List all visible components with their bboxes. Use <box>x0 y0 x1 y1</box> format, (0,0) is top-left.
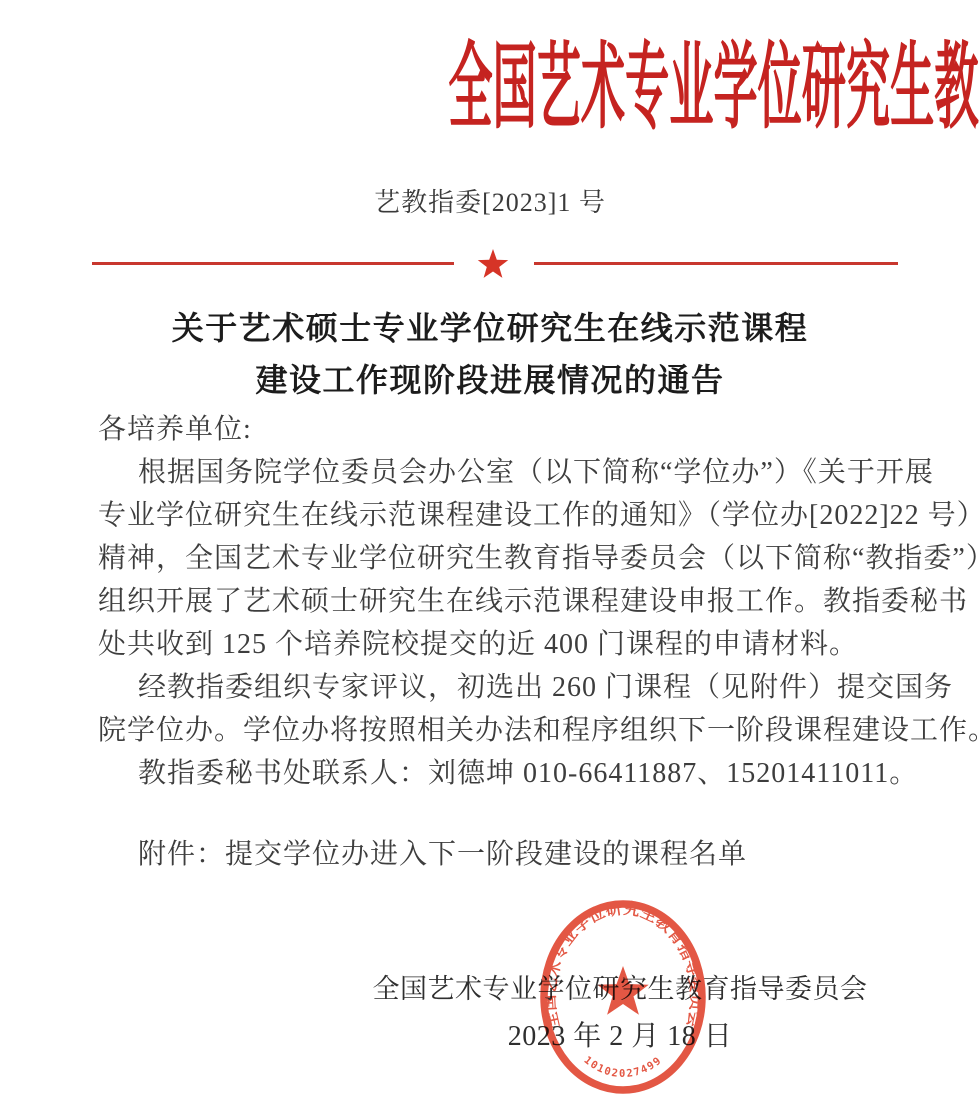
title-line-1: 关于艺术硕士专业学位研究生在线示范课程 <box>0 302 980 354</box>
divider-line-right <box>534 262 898 265</box>
star-icon <box>476 248 510 282</box>
body-line: 根据国务院学位委员会办公室（以下简称“学位办”）《关于开展 <box>98 451 910 494</box>
document-number: 艺教指委[2023]1 号 <box>0 182 980 219</box>
body-line: 精神，全国艺术专业学位研究生教育指导委员会（以下简称“教指委”） <box>98 537 910 580</box>
body-line: 经教指委组织专家评议，初选出 260 门课程（见附件）提交国务 <box>98 666 910 709</box>
document-title: 关于艺术硕士专业学位研究生在线示范课程 建设工作现阶段进展情况的通告 <box>0 302 980 406</box>
seal-ring-text: 全国艺术专业学位研究生教育指导委员会 <box>540 899 706 1030</box>
document-page: 全国艺术专业学位研究生教育指导委员会 艺教指委[2023]1 号 关于艺术硕士专… <box>0 0 980 1120</box>
document-body: 各培养单位: 根据国务院学位委员会办公室（以下简称“学位办”）《关于开展 专业学… <box>98 408 910 876</box>
org-header: 全国艺术专业学位研究生教育指导委员会 <box>0 40 980 144</box>
seal-star-icon <box>597 966 648 1015</box>
body-line: 处共收到 125 个培养院校提交的近 400 门课程的申请材料。 <box>98 623 910 666</box>
divider-line-left <box>92 262 454 265</box>
salutation: 各培养单位: <box>98 408 910 451</box>
attachment-line: 附件：提交学位办进入下一阶段建设的课程名单 <box>98 833 910 876</box>
title-line-2: 建设工作现阶段进展情况的通告 <box>0 354 980 406</box>
body-line: 教指委秘书处联系人：刘德坤 010-66411887、15201411011。 <box>98 752 910 795</box>
body-line: 院学位办。学位办将按照相关办法和程序组织下一阶段课程建设工作。 <box>98 709 910 752</box>
org-header-text: 全国艺术专业学位研究生教育指导委员会 <box>448 40 980 138</box>
body-line: 组织开展了艺术硕士研究生在线示范课程建设申报工作。教指委秘书 <box>98 580 910 623</box>
svg-text:全国艺术专业学位研究生教育指导委员会: 全国艺术专业学位研究生教育指导委员会 <box>540 899 706 1030</box>
official-seal: 全国艺术专业学位研究生教育指导委员会 1101020274992 <box>537 896 709 1098</box>
body-line: 专业学位研究生在线示范课程建设工作的通知》（学位办[2022]22 号） <box>98 494 910 537</box>
